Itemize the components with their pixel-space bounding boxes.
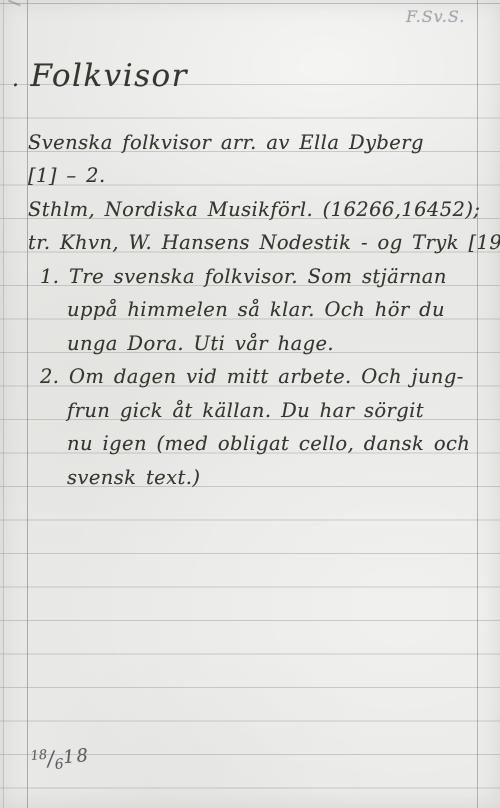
corner-classification-mark: F.Sv.S. (406, 7, 465, 26)
catalog-line: frun gick åt källan. Du har sörgit (28, 386, 474, 420)
catalog-line-text: 1. Tre svenska folkvisor. Som stjärnan (40, 268, 447, 286)
catalog-line-text: svensk text.) (67, 469, 200, 487)
catalog-line-text: [1] – 2. (28, 167, 106, 185)
catalog-line: unga Dora. Uti vår hage. (28, 319, 474, 353)
date-year: 18 (62, 745, 91, 768)
catalog-line: tr. Khvn, W. Hansens Nodestik - og Tryk … (28, 219, 474, 253)
catalog-line: 2. Om dagen vid mitt arbete. Och jung- (28, 353, 474, 387)
catalog-line: Svenska folkvisor arr. av Ella Dyberg (28, 118, 474, 152)
catalog-line-text: unga Dora. Uti vår hage. (67, 335, 334, 353)
catalog-line-text: nu igen (med obligat cello, dansk och (67, 435, 470, 453)
top-edge-line (0, 3, 500, 4)
card-edge-line (3, 0, 4, 808)
catalog-line: svensk text.) (28, 453, 474, 487)
date-day: 18 (30, 748, 48, 764)
catalog-line: Sthlm, Nordiska Musikförl. (16266,16452)… (28, 185, 474, 219)
catalog-line-text: Svenska folkvisor arr. av Ella Dyberg (28, 134, 424, 152)
card-title-row: .Folkvisor (12, 61, 188, 92)
catalog-line-text: 2. Om dagen vid mitt arbete. Och jung- (40, 368, 464, 386)
catalog-line-text: frun gick åt källan. Du har sörgit (67, 402, 424, 420)
catalog-line-text: uppå himmelen så klar. Och hör du (67, 301, 445, 319)
date-annotation: 18/618 (30, 743, 91, 772)
catalog-line: uppå himmelen så klar. Och hör du (28, 286, 474, 320)
catalog-line: nu igen (med obligat cello, dansk och (28, 420, 474, 454)
card-title: Folkvisor (31, 58, 189, 94)
title-dot: . (12, 67, 21, 92)
right-margin-line (477, 0, 478, 808)
catalog-line: [1] – 2. (28, 152, 474, 186)
catalog-line-text: tr. Khvn, W. Hansens Nodestik - og Tryk … (28, 234, 500, 252)
catalog-line-text: Sthlm, Nordiska Musikförl. (16266,16452)… (28, 201, 480, 219)
catalog-entry-body: Svenska folkvisor arr. av Ella Dyberg [1… (28, 118, 474, 487)
catalog-line: 1. Tre svenska folkvisor. Som stjärnan (28, 252, 474, 286)
catalog-card: F.Sv.S. .Folkvisor Svenska folkvisor arr… (0, 0, 500, 808)
